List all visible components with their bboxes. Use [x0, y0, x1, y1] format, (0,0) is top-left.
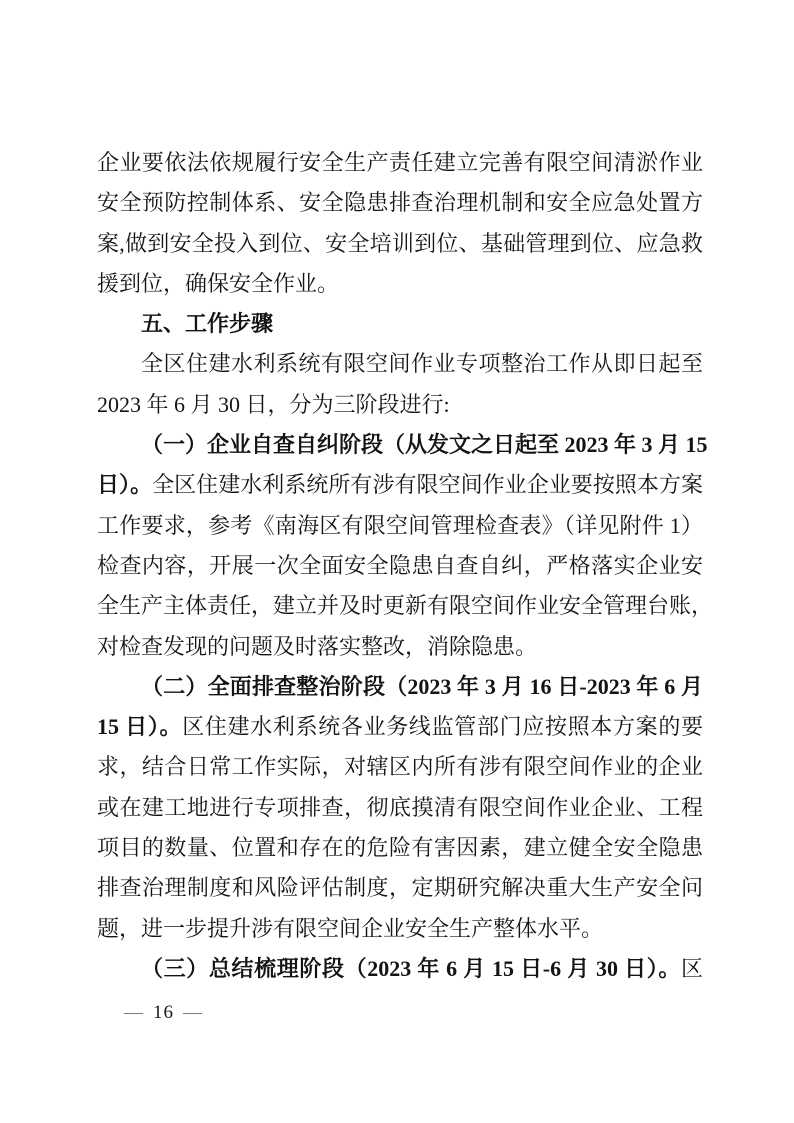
text-segment: 2023 年 6 月 30 日，分为三阶段进行:	[97, 392, 450, 417]
text-segment: 工作要求，参考《南海区有限空间管理检查表》（详见附件 1）	[97, 513, 703, 538]
text-line: 援到位，确保安全作业。	[97, 264, 703, 304]
text-line: 全区住建水利系统有限空间作业专项整治工作从即日起至	[97, 344, 703, 384]
text-line: 15 日）。区住建水利系统各业务线监管部门应按照本方案的要	[97, 707, 703, 747]
text-segment: 排查治理制度和风险评估制度，定期研究解决重大生产安全问	[97, 875, 703, 900]
text-segment: 题，进一步提升涉有限空间企业安全生产整体水平。	[97, 916, 603, 941]
document-page: 企业要依法依规履行安全生产责任建立完善有限空间清淤作业安全预防控制体系、安全隐患…	[0, 0, 794, 1123]
text-segment: 全区住建水利系统所有涉有限空间作业企业要按照本方案	[152, 472, 703, 497]
page-number: 16	[153, 1002, 174, 1023]
bold-text-segment: 日）。	[97, 472, 152, 497]
text-line: 或在建工地进行专项排查，彻底摸清有限空间作业企业、工程	[97, 788, 703, 828]
text-line: 全生产主体责任，建立并及时更新有限空间作业安全管理台账，	[97, 586, 703, 626]
text-segment: 或在建工地进行专项排查，彻底摸清有限空间作业企业、工程	[97, 795, 703, 820]
text-segment: 全区住建水利系统有限空间作业专项整治工作从即日起至	[141, 351, 703, 376]
document-body: 企业要依法依规履行安全生产责任建立完善有限空间清淤作业安全预防控制体系、安全隐患…	[97, 143, 703, 989]
page-footer: —16—	[124, 1002, 203, 1024]
text-line: 案,做到安全投入到位、安全培训到位、基础管理到位、应急救	[97, 224, 703, 264]
text-line: 企业要依法依规履行安全生产责任建立完善有限空间清淤作业	[97, 143, 703, 183]
text-line: 日）。全区住建水利系统所有涉有限空间作业企业要按照本方案	[97, 465, 703, 505]
text-line: （二）全面排查整治阶段（2023 年 3 月 16 日-2023 年 6 月	[97, 667, 703, 707]
text-line: 题，进一步提升涉有限空间企业安全生产整体水平。	[97, 909, 703, 949]
text-line: 排查治理制度和风险评估制度，定期研究解决重大生产安全问	[97, 868, 703, 908]
text-line: 五、工作步骤	[97, 304, 703, 344]
text-segment: 项目的数量、位置和存在的危险有害因素，建立健全安全隐患	[97, 835, 703, 860]
text-line: （三）总结梳理阶段（2023 年 6 月 15 日-6 月 30 日）。区	[97, 949, 703, 989]
text-line: 对检查发现的问题及时落实整改，消除隐患。	[97, 627, 703, 667]
text-line: 工作要求，参考《南海区有限空间管理检查表》（详见附件 1）	[97, 506, 703, 546]
text-segment: 检查内容，开展一次全面安全隐患自查自纠，严格落实企业安	[97, 553, 703, 578]
footer-dash-right: —	[183, 1002, 203, 1023]
text-segment: 对检查发现的问题及时落实整改，消除隐患。	[97, 634, 537, 659]
bold-text-segment: 15 日）。	[97, 714, 182, 739]
bold-text-segment: 五、工作步骤	[141, 311, 273, 336]
text-line: 检查内容，开展一次全面安全隐患自查自纠，严格落实企业安	[97, 546, 703, 586]
text-segment: 案,做到安全投入到位、安全培训到位、基础管理到位、应急救	[97, 231, 703, 256]
text-line: 2023 年 6 月 30 日，分为三阶段进行:	[97, 385, 703, 425]
text-line: 项目的数量、位置和存在的危险有害因素，建立健全安全隐患	[97, 828, 703, 868]
text-segment: 区住建水利系统各业务线监管部门应按照本方案的要	[182, 714, 703, 739]
bold-text-segment: （二）全面排查整治阶段（2023 年 3 月 16 日-2023 年 6 月	[141, 674, 703, 699]
text-segment: 企业要依法依规履行安全生产责任建立完善有限空间清淤作业	[97, 150, 703, 175]
text-line: （一）企业自查自纠阶段（从发文之日起至 2023 年 3 月 15	[97, 425, 703, 465]
text-segment: 全生产主体责任，建立并及时更新有限空间作业安全管理台账，	[97, 593, 713, 618]
text-line: 求，结合日常工作实际，对辖区内所有涉有限空间作业的企业	[97, 747, 703, 787]
bold-text-segment: （三）总结梳理阶段（2023 年 6 月 15 日-6 月 30 日）。	[141, 956, 681, 981]
footer-dash-left: —	[124, 1002, 144, 1023]
text-segment: 区	[681, 956, 703, 981]
text-segment: 援到位，确保安全作业。	[97, 271, 339, 296]
text-line: 安全预防控制体系、安全隐患排查治理机制和安全应急处置方	[97, 183, 703, 223]
bold-text-segment: （一）企业自查自纠阶段（从发文之日起至 2023 年 3 月 15	[141, 432, 708, 457]
text-segment: 求，结合日常工作实际，对辖区内所有涉有限空间作业的企业	[97, 754, 703, 779]
text-segment: 安全预防控制体系、安全隐患排查治理机制和安全应急处置方	[97, 190, 703, 215]
